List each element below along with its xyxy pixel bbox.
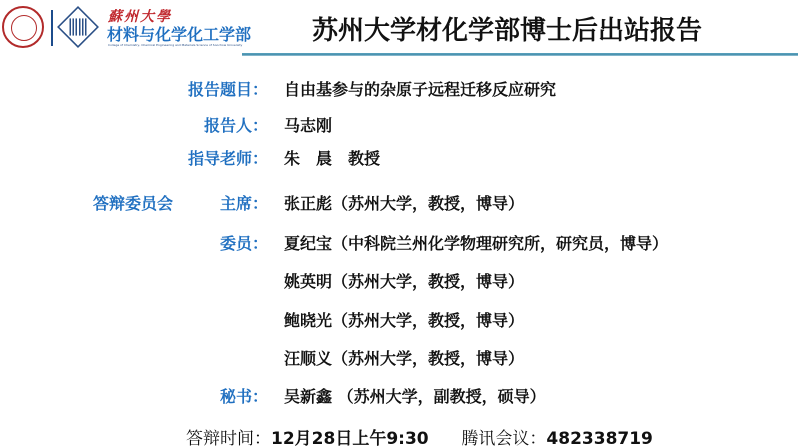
meeting-label: 腾讯会议： — [461, 429, 546, 447]
defense-time-label: 答辩时间： — [186, 429, 271, 447]
chair-value: 张正彪（苏州大学，教授，博导） — [284, 191, 524, 214]
presenter-label: 报告人： — [150, 113, 268, 136]
member-value: 夏纪宝（中科院兰州化学物理研究所，研究员，博导） — [284, 231, 668, 254]
slide-title: 苏州大学材化学部博士后出站报告 — [312, 10, 702, 47]
committee-chair-row: 答辩委员会 主席： 张正彪（苏州大学，教授，博导） — [0, 191, 798, 213]
secretary-label: 秘书： — [200, 384, 268, 407]
members-label: 委员： — [200, 231, 268, 254]
committee-label: 答辩委员会 — [93, 191, 193, 214]
committee-member-row: 鲍晓光（苏州大学，教授，博导） — [0, 308, 798, 330]
advisor-value: 朱 晨 教授 — [284, 146, 380, 169]
committee-member-row: 汪顺义（苏州大学，教授，博导） — [0, 346, 798, 368]
advisor-row: 指导老师： 朱 晨 教授 — [0, 146, 798, 168]
topic-label: 报告题目： — [150, 77, 268, 100]
defense-info-footer: 答辩时间：12月28日上午9:30 腾讯会议：482338719 — [186, 424, 653, 447]
secretary-value: 吴新鑫 （苏州大学，副教授，硕导） — [284, 384, 546, 407]
header-divider-line — [242, 53, 798, 56]
department-name: 材料与化学化工学部 — [107, 22, 251, 45]
member-value: 姚英明（苏州大学，教授，博导） — [284, 269, 524, 292]
topic-value: 自由基参与的杂原子远程迁移反应研究 — [284, 77, 556, 100]
topic-row: 报告题目： 自由基参与的杂原子远程迁移反应研究 — [0, 77, 798, 99]
logo-divider — [51, 10, 53, 46]
secretary-row: 秘书： 吴新鑫 （苏州大学，副教授，硕导） — [0, 384, 798, 406]
college-emblem-logo — [57, 6, 99, 48]
meeting-id-value: 482338719 — [546, 429, 652, 447]
slide-header: 蘇州大學 材料与化学化工学部 College of Chemistry, Che… — [0, 0, 798, 58]
university-seal-logo — [2, 6, 44, 48]
member-value: 汪顺义（苏州大学，教授，博导） — [284, 346, 524, 369]
committee-member-row: 姚英明（苏州大学，教授，博导） — [0, 269, 798, 291]
presenter-value: 马志刚 — [284, 113, 332, 136]
chair-label: 主席： — [200, 191, 268, 214]
member-value: 鲍晓光（苏州大学，教授，博导） — [284, 308, 524, 331]
department-english-name: College of Chemistry, Chemical Engineeri… — [108, 43, 248, 47]
committee-member-row: 委员： 夏纪宝（中科院兰州化学物理研究所，研究员，博导） — [0, 231, 798, 253]
presenter-row: 报告人： 马志刚 — [0, 113, 798, 135]
defense-time-value: 12月28日上午9:30 — [271, 429, 429, 447]
advisor-label: 指导老师： — [150, 146, 268, 169]
